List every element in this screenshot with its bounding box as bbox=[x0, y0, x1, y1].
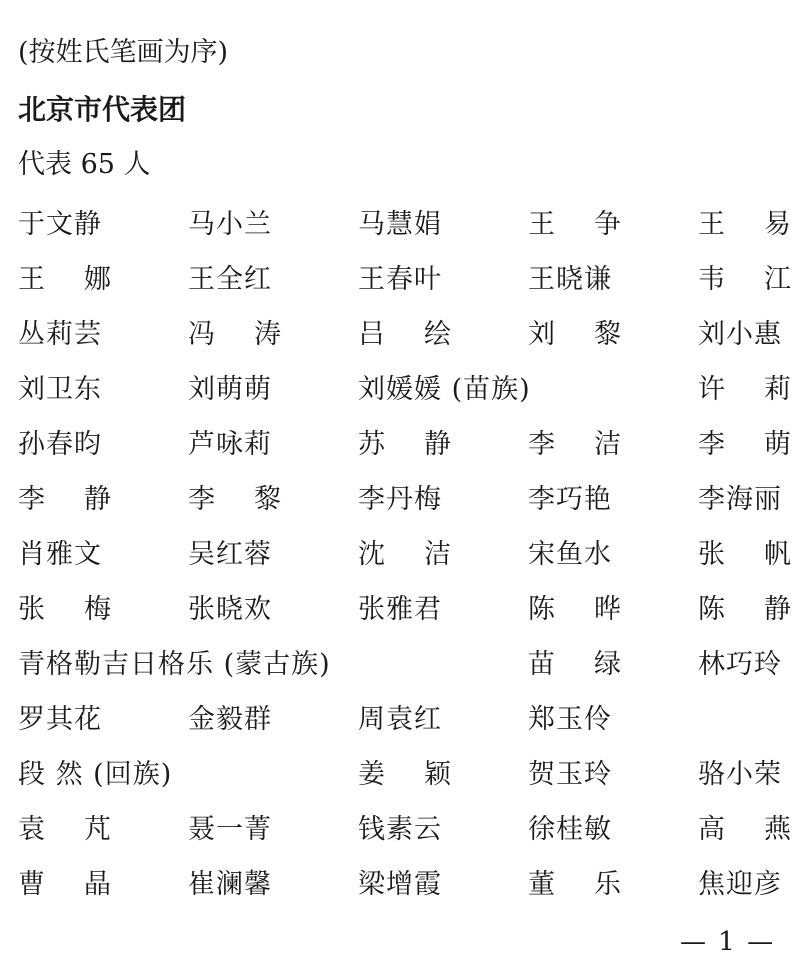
name-row: 罗其花金毅群周袁红郑玉伶 bbox=[0, 700, 811, 740]
delegate-name: 孙春昀 bbox=[18, 425, 102, 465]
given-name: 江 bbox=[764, 260, 792, 300]
delegate-name: 吴红蓉 bbox=[188, 535, 272, 575]
given-name: 帆 bbox=[764, 535, 792, 575]
name-row: 丛莉芸冯涛吕绘刘黎刘小惠 bbox=[0, 315, 811, 355]
delegate-name: 李黎 bbox=[188, 480, 282, 520]
delegate-name: 肖雅文 bbox=[18, 535, 102, 575]
delegate-name: 王争 bbox=[528, 205, 622, 245]
delegate-name: 苗绿 bbox=[528, 645, 622, 685]
delegate-name: 袁芃 bbox=[18, 810, 112, 850]
delegate-name: 李静 bbox=[18, 480, 112, 520]
delegate-name: 贺玉玲 bbox=[528, 755, 612, 795]
surname: 刘 bbox=[528, 315, 556, 355]
surname: 李 bbox=[698, 425, 726, 465]
given-name: 绘 bbox=[424, 315, 452, 355]
delegate-name: 刘卫东 bbox=[18, 370, 102, 410]
surname: 苗 bbox=[528, 645, 556, 685]
given-name: 颖 bbox=[424, 755, 452, 795]
delegate-name: 马慧娟 bbox=[358, 205, 442, 245]
given-name: 争 bbox=[594, 205, 622, 245]
given-name: 涛 bbox=[254, 315, 282, 355]
surname: 王 bbox=[18, 260, 46, 300]
delegate-name: 张雅君 bbox=[358, 590, 442, 630]
given-name: 洁 bbox=[424, 535, 452, 575]
surname: 姜 bbox=[358, 755, 386, 795]
delegate-name: 冯涛 bbox=[188, 315, 282, 355]
delegate-name: 刘黎 bbox=[528, 315, 622, 355]
delegate-name: 马小兰 bbox=[188, 205, 272, 245]
name-row: 于文静马小兰马慧娟王争王易 bbox=[0, 205, 811, 245]
delegate-name: 王春叶 bbox=[358, 260, 442, 300]
delegate-name: 钱素云 bbox=[358, 810, 442, 850]
given-name: 梅 bbox=[84, 590, 112, 630]
delegate-name: 沈洁 bbox=[358, 535, 452, 575]
page-number: — 1 — bbox=[680, 925, 775, 959]
delegate-name: 李萌 bbox=[698, 425, 792, 465]
delegate-name: 罗其花 bbox=[18, 700, 102, 740]
delegate-name: 周袁红 bbox=[358, 700, 442, 740]
given-name: 绿 bbox=[594, 645, 622, 685]
delegate-name: 于文静 bbox=[18, 205, 102, 245]
delegate-name: 崔澜馨 bbox=[188, 865, 272, 905]
delegate-name: 苏静 bbox=[358, 425, 452, 465]
delegate-name: 韦江 bbox=[698, 260, 792, 300]
surname: 王 bbox=[528, 205, 556, 245]
surname: 李 bbox=[18, 480, 46, 520]
delegate-name: 陈晔 bbox=[528, 590, 622, 630]
given-name: 芃 bbox=[84, 810, 112, 850]
surname: 高 bbox=[698, 810, 726, 850]
delegate-name: 金毅群 bbox=[188, 700, 272, 740]
surname: 许 bbox=[698, 370, 726, 410]
delegate-name: 李海丽 bbox=[698, 480, 782, 520]
given-name: 娜 bbox=[84, 260, 112, 300]
surname: 王 bbox=[698, 205, 726, 245]
delegate-name: 骆小荣 bbox=[698, 755, 782, 795]
delegate-name: 焦迎彦 bbox=[698, 865, 782, 905]
delegate-name: 吕绘 bbox=[358, 315, 452, 355]
delegate-name: 青格勒吉日格乐 (蒙古族) bbox=[18, 645, 331, 685]
delegate-name: 宋鱼水 bbox=[528, 535, 612, 575]
surname: 袁 bbox=[18, 810, 46, 850]
given-name: 静 bbox=[84, 480, 112, 520]
surname: 吕 bbox=[358, 315, 386, 355]
surname: 韦 bbox=[698, 260, 726, 300]
surname: 冯 bbox=[188, 315, 216, 355]
name-row: 张梅张晓欢张雅君陈晔陈静 bbox=[0, 590, 811, 630]
surname: 张 bbox=[698, 535, 726, 575]
name-row: 袁芃聂一菁钱素云徐桂敏高燕 bbox=[0, 810, 811, 850]
surname: 曹 bbox=[18, 865, 46, 905]
delegate-name: 姜颖 bbox=[358, 755, 452, 795]
delegate-name: 高燕 bbox=[698, 810, 792, 850]
delegate-name: 梁增霞 bbox=[358, 865, 442, 905]
delegate-name: 王易 bbox=[698, 205, 792, 245]
delegate-name: 张晓欢 bbox=[188, 590, 272, 630]
delegate-name: 王全红 bbox=[188, 260, 272, 300]
delegate-name: 许莉 bbox=[698, 370, 792, 410]
surname: 李 bbox=[188, 480, 216, 520]
name-row: 曹晶崔澜馨梁增霞董乐焦迎彦 bbox=[0, 865, 811, 905]
delegate-name: 林巧玲 bbox=[698, 645, 782, 685]
name-row: 李静李黎李丹梅李巧艳李海丽 bbox=[0, 480, 811, 520]
given-name: 晔 bbox=[594, 590, 622, 630]
given-name: 黎 bbox=[254, 480, 282, 520]
surname: 董 bbox=[528, 865, 556, 905]
surname: 陈 bbox=[698, 590, 726, 630]
name-row: 段 然 (回族)姜颖贺玉玲骆小荣 bbox=[0, 755, 811, 795]
delegate-name: 徐桂敏 bbox=[528, 810, 612, 850]
given-name: 静 bbox=[764, 590, 792, 630]
surname: 沈 bbox=[358, 535, 386, 575]
given-name: 莉 bbox=[764, 370, 792, 410]
name-row: 青格勒吉日格乐 (蒙古族)苗绿林巧玲 bbox=[0, 645, 811, 685]
delegate-name: 王娜 bbox=[18, 260, 112, 300]
surname: 苏 bbox=[358, 425, 386, 465]
surname: 李 bbox=[528, 425, 556, 465]
given-name: 乐 bbox=[594, 865, 622, 905]
delegate-name-list: 于文静马小兰马慧娟王争王易王娜王全红王春叶王晓谦韦江丛莉芸冯涛吕绘刘黎刘小惠刘卫… bbox=[0, 0, 811, 970]
delegate-name: 曹晶 bbox=[18, 865, 112, 905]
delegate-name: 李洁 bbox=[528, 425, 622, 465]
name-row: 王娜王全红王春叶王晓谦韦江 bbox=[0, 260, 811, 300]
delegate-name: 刘小惠 bbox=[698, 315, 782, 355]
given-name: 易 bbox=[764, 205, 792, 245]
given-name: 燕 bbox=[764, 810, 792, 850]
delegate-name: 聂一菁 bbox=[188, 810, 272, 850]
given-name: 黎 bbox=[594, 315, 622, 355]
delegate-name: 张帆 bbox=[698, 535, 792, 575]
delegate-name: 董乐 bbox=[528, 865, 622, 905]
given-name: 晶 bbox=[84, 865, 112, 905]
given-name: 洁 bbox=[594, 425, 622, 465]
delegate-name: 刘媛媛 (苗族) bbox=[358, 370, 531, 410]
delegate-name: 郑玉伶 bbox=[528, 700, 612, 740]
surname: 张 bbox=[18, 590, 46, 630]
delegate-name: 陈静 bbox=[698, 590, 792, 630]
delegate-name: 刘萌萌 bbox=[188, 370, 272, 410]
delegate-name: 芦咏莉 bbox=[188, 425, 272, 465]
surname: 陈 bbox=[528, 590, 556, 630]
delegate-name: 李丹梅 bbox=[358, 480, 442, 520]
delegate-name: 丛莉芸 bbox=[18, 315, 102, 355]
given-name: 萌 bbox=[764, 425, 792, 465]
delegate-name: 王晓谦 bbox=[528, 260, 612, 300]
name-row: 肖雅文吴红蓉沈洁宋鱼水张帆 bbox=[0, 535, 811, 575]
name-row: 孙春昀芦咏莉苏静李洁李萌 bbox=[0, 425, 811, 465]
delegate-name: 张梅 bbox=[18, 590, 112, 630]
delegate-name: 李巧艳 bbox=[528, 480, 612, 520]
delegate-name: 段 然 (回族) bbox=[18, 755, 172, 795]
name-row: 刘卫东刘萌萌刘媛媛 (苗族)许莉 bbox=[0, 370, 811, 410]
given-name: 静 bbox=[424, 425, 452, 465]
